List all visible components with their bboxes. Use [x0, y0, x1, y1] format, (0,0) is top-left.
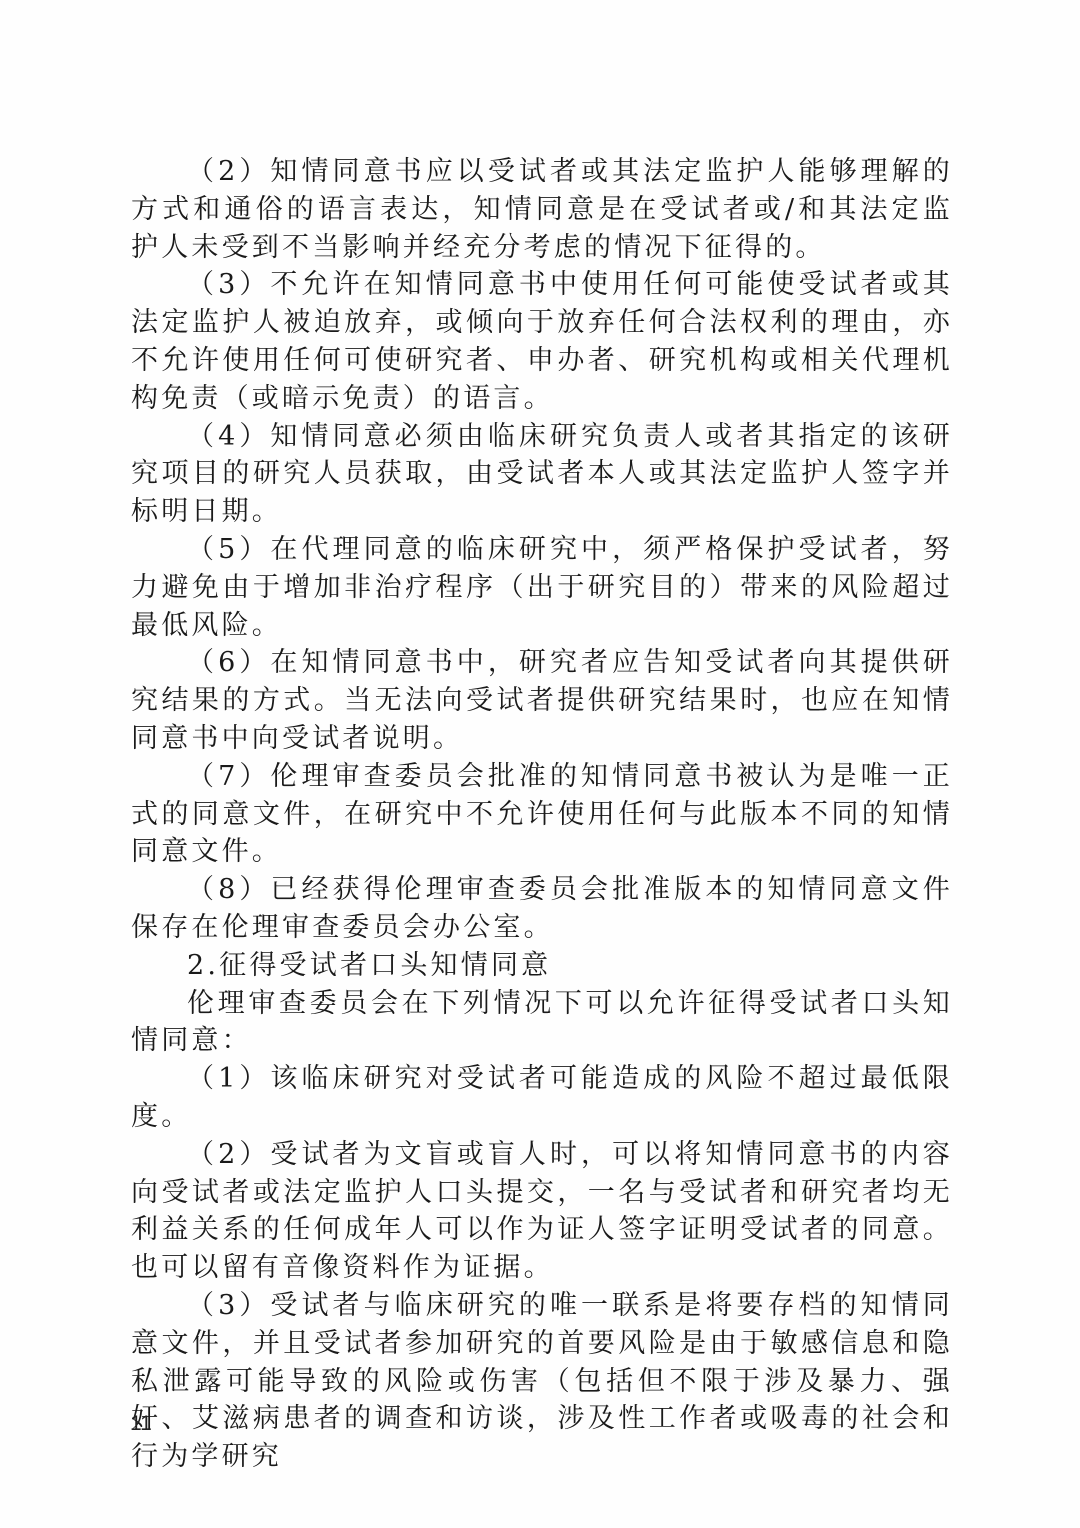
- paragraph-no-waiver: （3）不允许在知情同意书中使用任何可能使受试者或其法定监护人被迫放弃，或倾向于放…: [131, 266, 953, 417]
- paragraph-consent-language: （2）知情同意书应以受试者或其法定监护人能够理解的方式和通俗的语言表达，知情同意…: [131, 153, 953, 266]
- document-page: （2）知情同意书应以受试者或其法定监护人能够理解的方式和通俗的语言表达，知情同意…: [0, 0, 1080, 1528]
- paragraph-minimal-risk: （1）该临床研究对受试者可能造成的风险不超过最低限度。: [131, 1060, 953, 1136]
- body-text: （2）知情同意书应以受试者或其法定监护人能够理解的方式和通俗的语言表达，知情同意…: [131, 153, 953, 1476]
- paragraph-approved-version: （7）伦理审查委员会批准的知情同意书被认为是唯一正式的同意文件，在研究中不允许使…: [131, 758, 953, 871]
- paragraph-sensitive-info: （3）受试者与临床研究的唯一联系是将要存档的知情同意文件，并且受试者参加研究的首…: [131, 1287, 953, 1476]
- paragraph-proxy-consent: （5）在代理同意的临床研究中，须严格保护受试者，努力避免由于增加非治疗程序（出于…: [131, 531, 953, 644]
- paragraph-document-storage: （8）已经获得伦理审查委员会批准版本的知情同意文件保存在伦理审查委员会办公室。: [131, 871, 953, 947]
- paragraph-results-disclosure: （6）在知情同意书中，研究者应告知受试者向其提供研究结果的方式。当无法向受试者提…: [131, 644, 953, 757]
- paragraph-illiterate-blind: （2）受试者为文盲或盲人时，可以将知情同意书的内容向受试者或法定监护人口头提交，…: [131, 1136, 953, 1287]
- page-number: 11: [130, 1412, 152, 1436]
- section-heading-oral-consent: 2.征得受试者口头知情同意: [131, 947, 953, 985]
- paragraph-obtaining-consent: （4）知情同意必须由临床研究负责人或者其指定的该研究项目的研究人员获取，由受试者…: [131, 418, 953, 531]
- paragraph-oral-consent-intro: 伦理审查委员会在下列情况下可以允许征得受试者口头知情同意：: [131, 985, 953, 1061]
